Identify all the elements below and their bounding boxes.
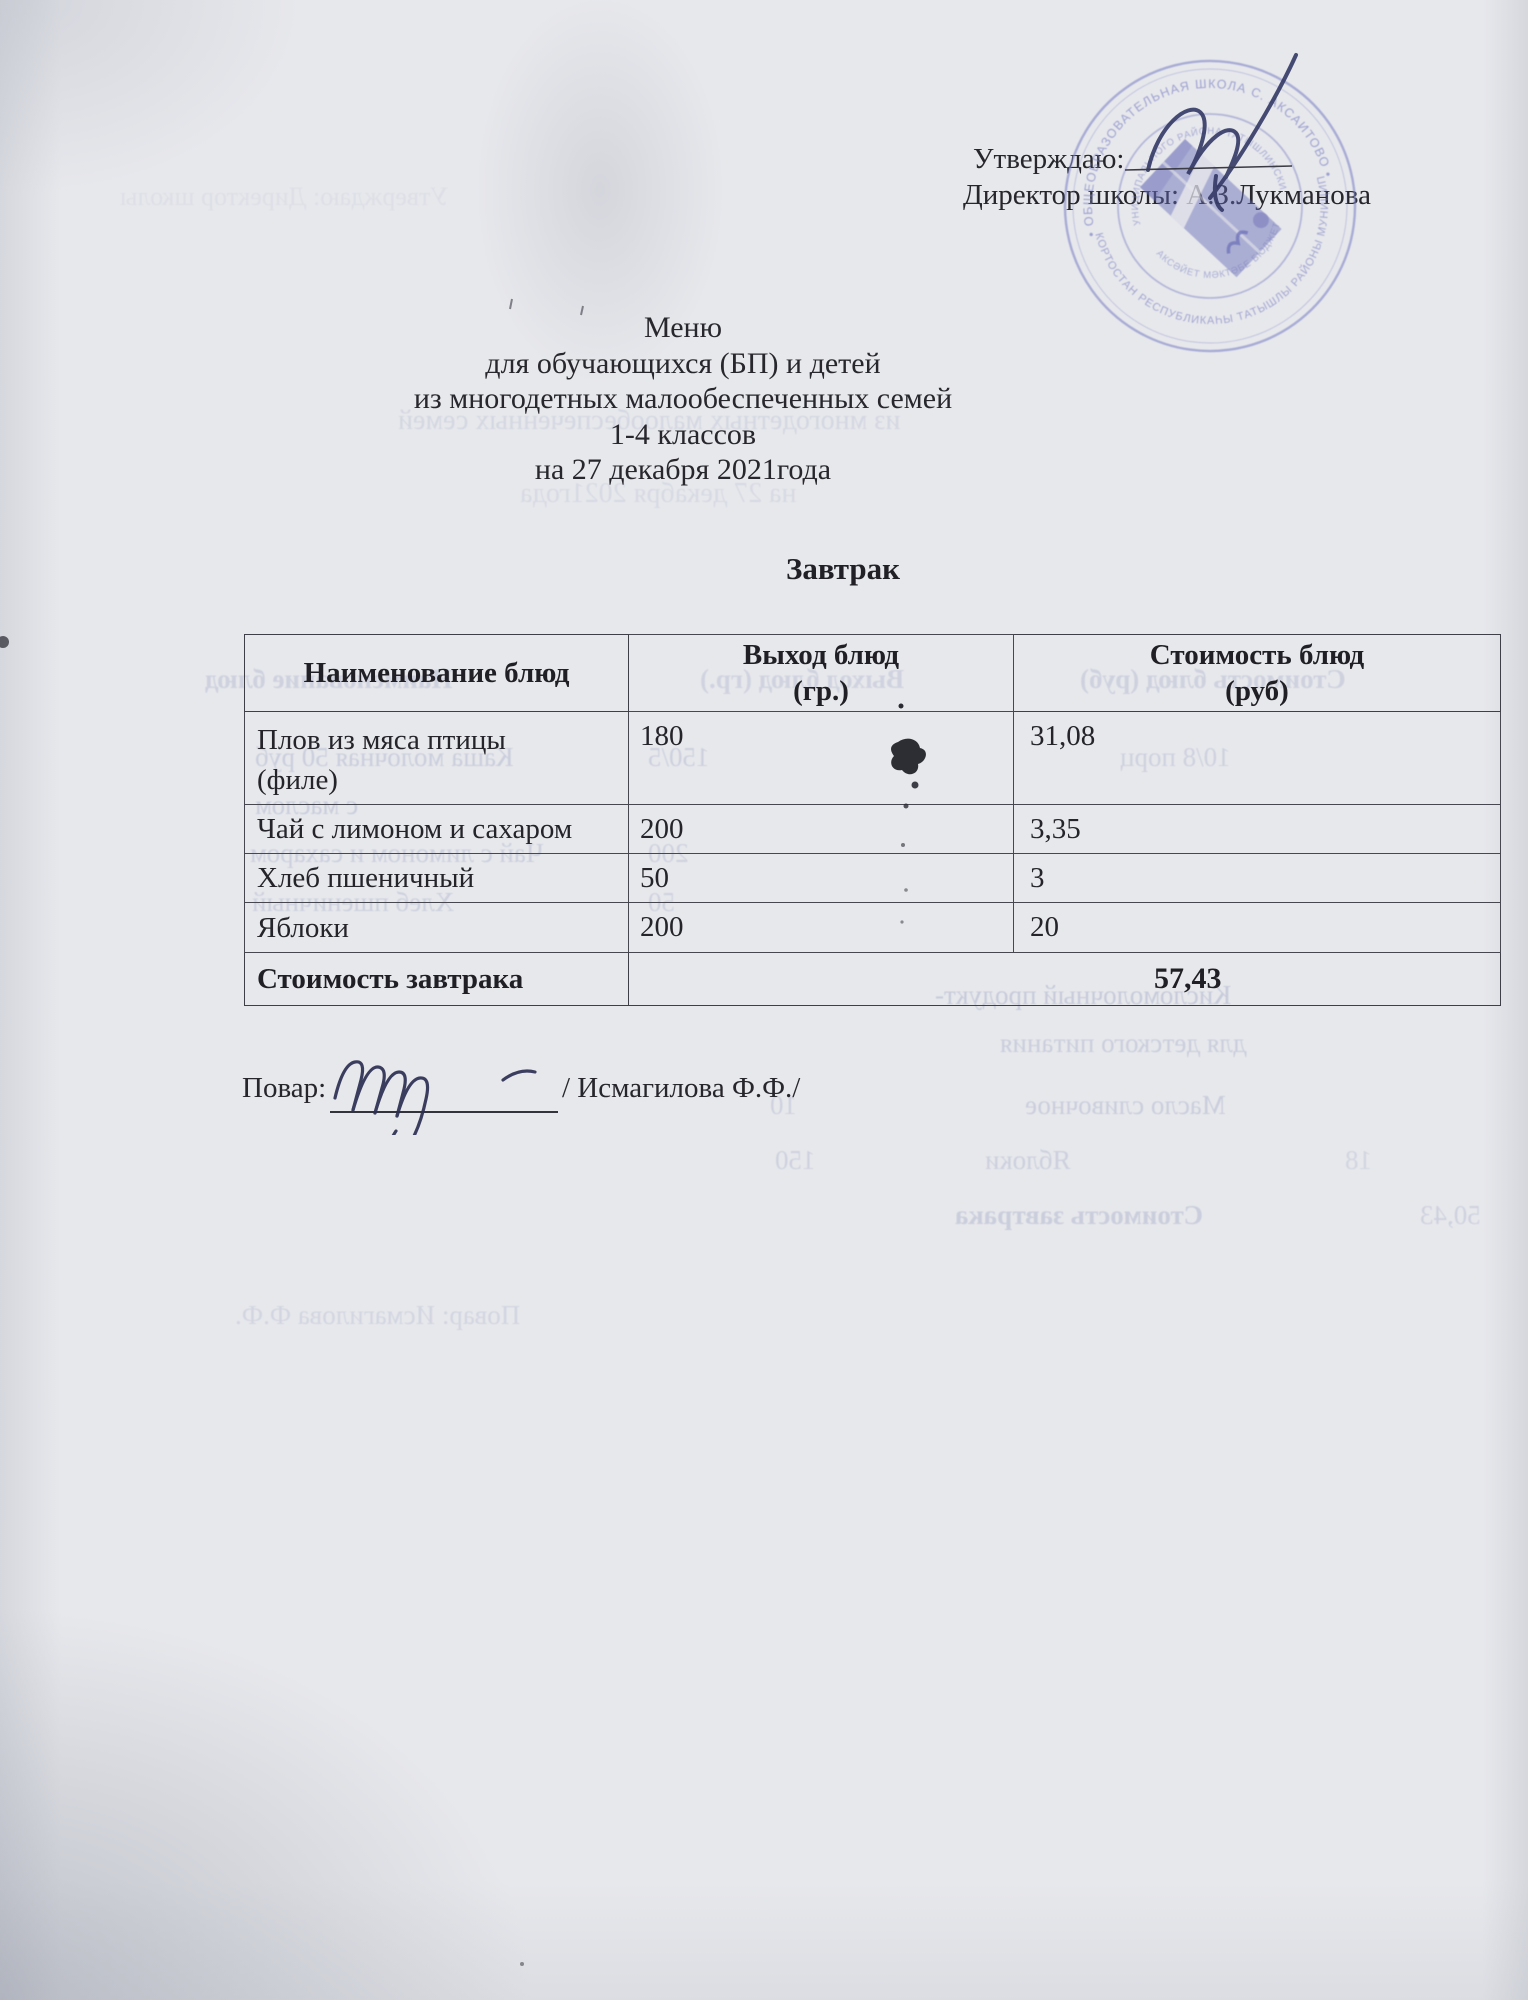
col-header-dish-label: Наименование блюд	[304, 657, 570, 689]
col-header-cost: Стоимость блюд (руб)	[1014, 635, 1501, 712]
dish-name-cell: Яблоки	[245, 903, 629, 953]
ghost-line: Масло сливочное	[1025, 1090, 1226, 1121]
table-total-row: Стоимость завтрака 57,43	[245, 953, 1501, 1006]
cook-label: Повар:	[242, 1072, 326, 1105]
table-header-row: Наименование блюд Выход блюд (гр.) Стоим…	[245, 635, 1501, 712]
dish-name-cell: Плов из мяса птицы (филе)	[245, 712, 629, 805]
ghost-line: Повар: Исмагилова Ф.Ф.	[235, 1300, 520, 1331]
cost-cell: 31,08	[1014, 712, 1501, 805]
ink-dot	[520, 1962, 524, 1966]
scanned-menu-document: Утверждаю: Директор школыиз многодетных …	[0, 0, 1528, 2000]
menu-title: Меню для обучающихся (БП) и детей из мно…	[414, 310, 952, 488]
portion-cell: 200	[629, 805, 1014, 854]
director-signature	[1100, 40, 1360, 220]
cost-cell: 3	[1014, 854, 1501, 903]
portion-cell: 200	[629, 903, 1014, 953]
ghost-line: Утверждаю: Директор школы	[120, 182, 449, 212]
col-header-portion-unit: (гр.)	[633, 673, 1009, 709]
page-edge-mark	[0, 636, 9, 648]
cook-name: / Исмагилова Ф.Ф./	[562, 1072, 800, 1105]
table-row: Чай с лимоном и сахаром 200 3,35	[245, 805, 1501, 854]
table-row: Яблоки 200 20	[245, 903, 1501, 953]
ghost-line: 150	[775, 1145, 816, 1176]
title-line-4: 1-4 классов	[414, 417, 952, 453]
menu-table: Наименование блюд Выход блюд (гр.) Стоим…	[244, 634, 1501, 1006]
col-header-dish: Наименование блюд	[245, 635, 629, 712]
title-line-3: из многодетных малообеспеченных семей	[414, 381, 952, 417]
cost-cell: 3,35	[1014, 805, 1501, 854]
cost-cell: 20	[1014, 903, 1501, 953]
col-header-cost-label: Стоимость блюд	[1018, 637, 1496, 673]
portion-cell: 180	[629, 712, 1014, 805]
title-line-5: на 27 декабря 2021года	[414, 452, 952, 488]
title-line-1: Меню	[414, 310, 952, 346]
total-value-cell: 57,43	[629, 953, 1501, 1006]
cook-signature	[325, 1040, 575, 1135]
portion-cell: 50	[629, 854, 1014, 903]
col-header-cost-unit: (руб)	[1018, 673, 1496, 709]
ghost-line: для детского питания	[1000, 1028, 1246, 1059]
col-header-portion: Выход блюд (гр.)	[629, 635, 1014, 712]
ghost-line: Стоимость завтрака	[955, 1200, 1203, 1231]
title-line-2: для обучающихся (БП) и детей	[414, 346, 952, 382]
table-row: Хлеб пшеничный 50 3	[245, 854, 1501, 903]
ghost-line: 50,43	[1420, 1200, 1481, 1231]
stray-mark	[510, 299, 512, 309]
meal-heading: Завтрак	[786, 551, 900, 587]
ghost-line: Яблоки	[985, 1145, 1071, 1176]
col-header-portion-label: Выход блюд	[633, 637, 1009, 673]
dish-name-cell: Чай с лимоном и сахаром	[245, 805, 629, 854]
table-row: Плов из мяса птицы (филе) 180 31,08	[245, 712, 1501, 805]
dish-name-cell: Хлеб пшеничный	[245, 854, 629, 903]
total-label-cell: Стоимость завтрака	[245, 953, 629, 1006]
ghost-line: 18	[1345, 1145, 1372, 1176]
